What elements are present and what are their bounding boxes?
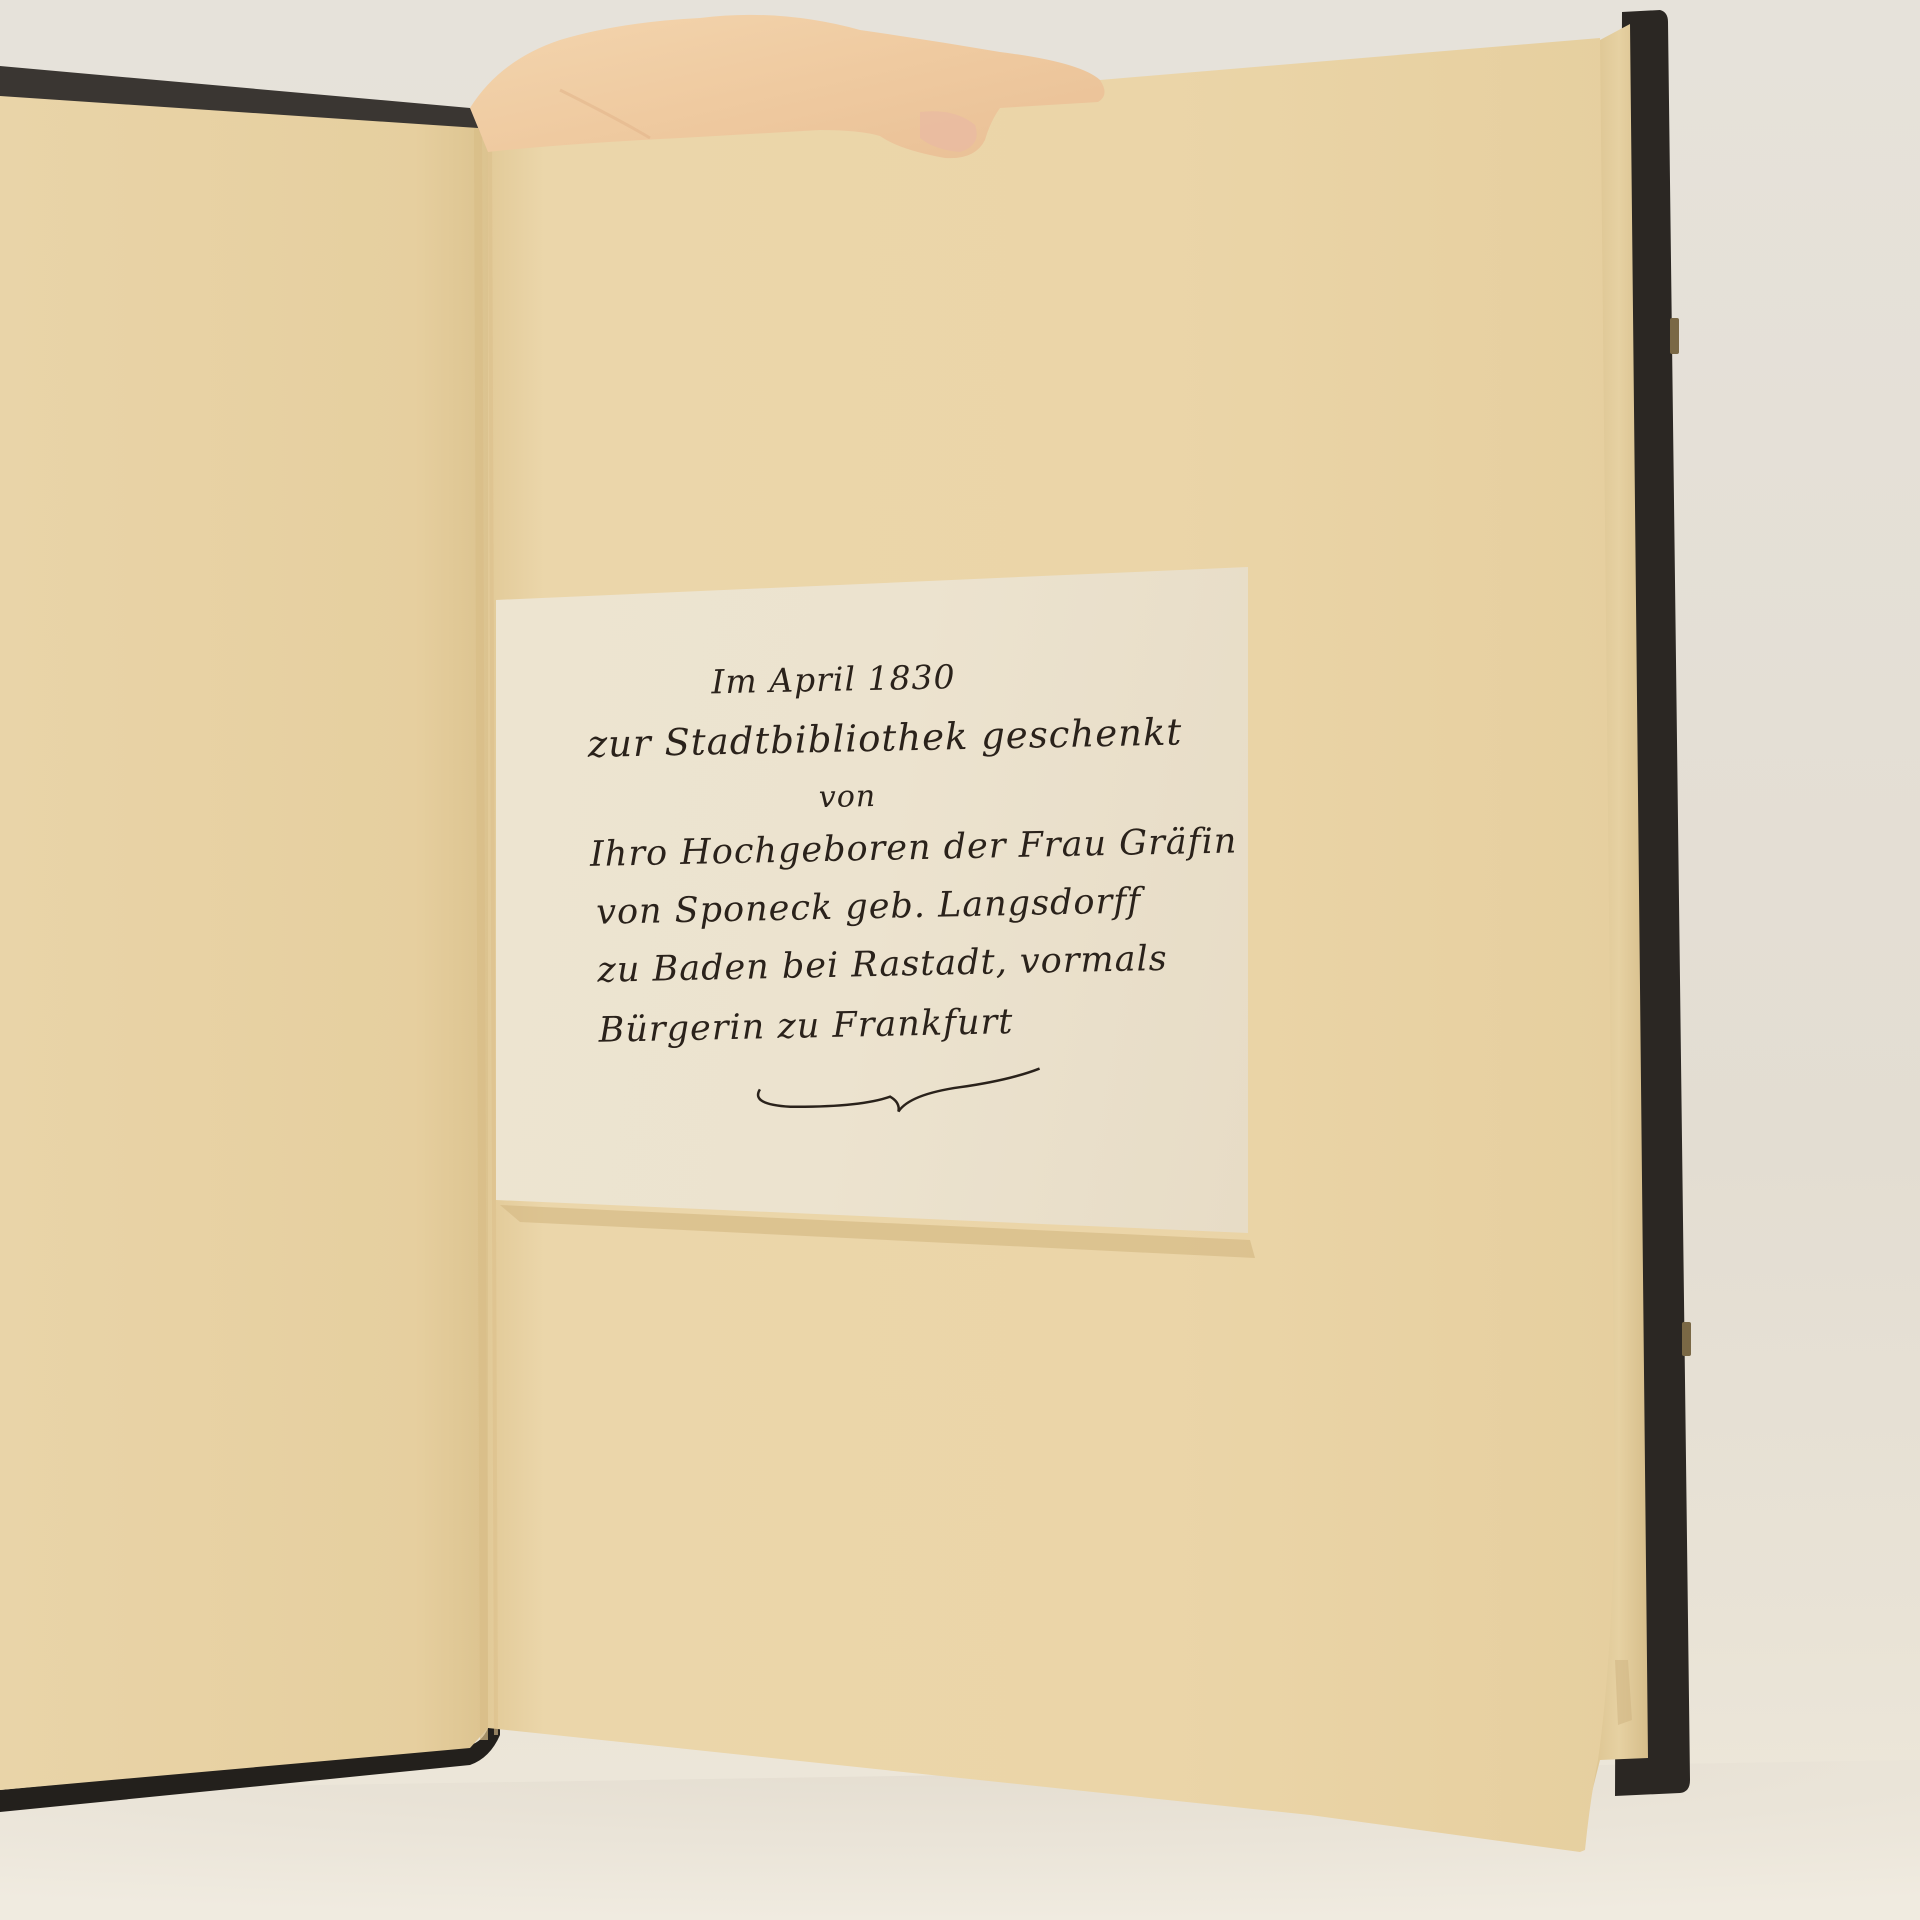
clasp-bottom	[1682, 1322, 1691, 1356]
inscription-line-title: Ihro Hochgeboren der Frau Gräfin	[590, 821, 1238, 875]
clasp-top	[1670, 318, 1679, 354]
inscription-line-place: zu Baden bei Rastadt, vormals	[597, 939, 1168, 991]
donation-slip: Im April 1830 zur Stadtbibliothek gesche…	[496, 567, 1248, 1233]
inscription-line-date: Im April 1830	[711, 657, 956, 701]
inscription-line-citizen: Bürgerin zu Frankfurt	[598, 1002, 1013, 1051]
inscription-line-library: zur Stadtbibliothek geschenkt	[587, 710, 1182, 765]
left-page	[0, 96, 488, 1790]
photo-scene: Im April 1830 zur Stadtbibliothek gesche…	[0, 0, 1920, 1920]
inscription-line-von: von	[818, 779, 876, 815]
handwritten-inscription: Im April 1830 zur Stadtbibliothek gesche…	[489, 559, 1255, 1241]
flourish-ornament	[750, 1063, 1051, 1119]
inscription-line-name: von Sponeck geb. Langsdorff	[596, 881, 1142, 932]
